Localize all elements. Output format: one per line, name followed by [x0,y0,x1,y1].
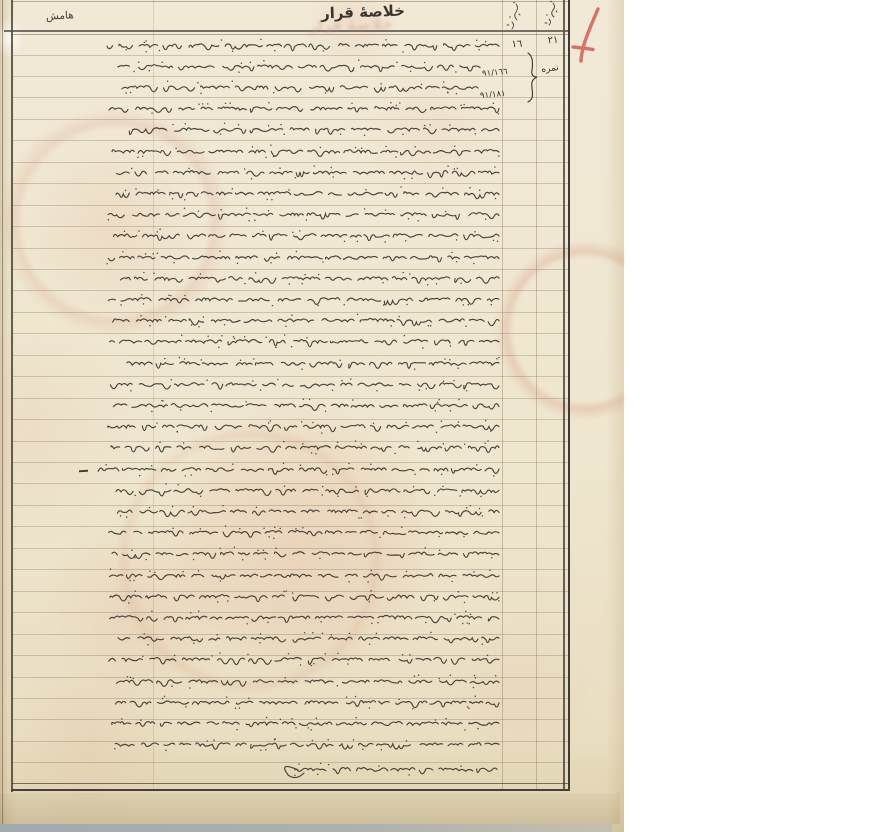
bottom-edge-shade [0,793,620,824]
scanner-edge-strip [0,824,612,832]
document-page: خلاصۀ قرار خلاصۀ قرار هامش ٢١ ١٦ نمره ٩١… [0,0,624,832]
red-crayon-mark [0,0,624,832]
scan-background: خلاصۀ قرار خلاصۀ قرار هامش ٢١ ١٦ نمره ٩١… [0,0,880,832]
